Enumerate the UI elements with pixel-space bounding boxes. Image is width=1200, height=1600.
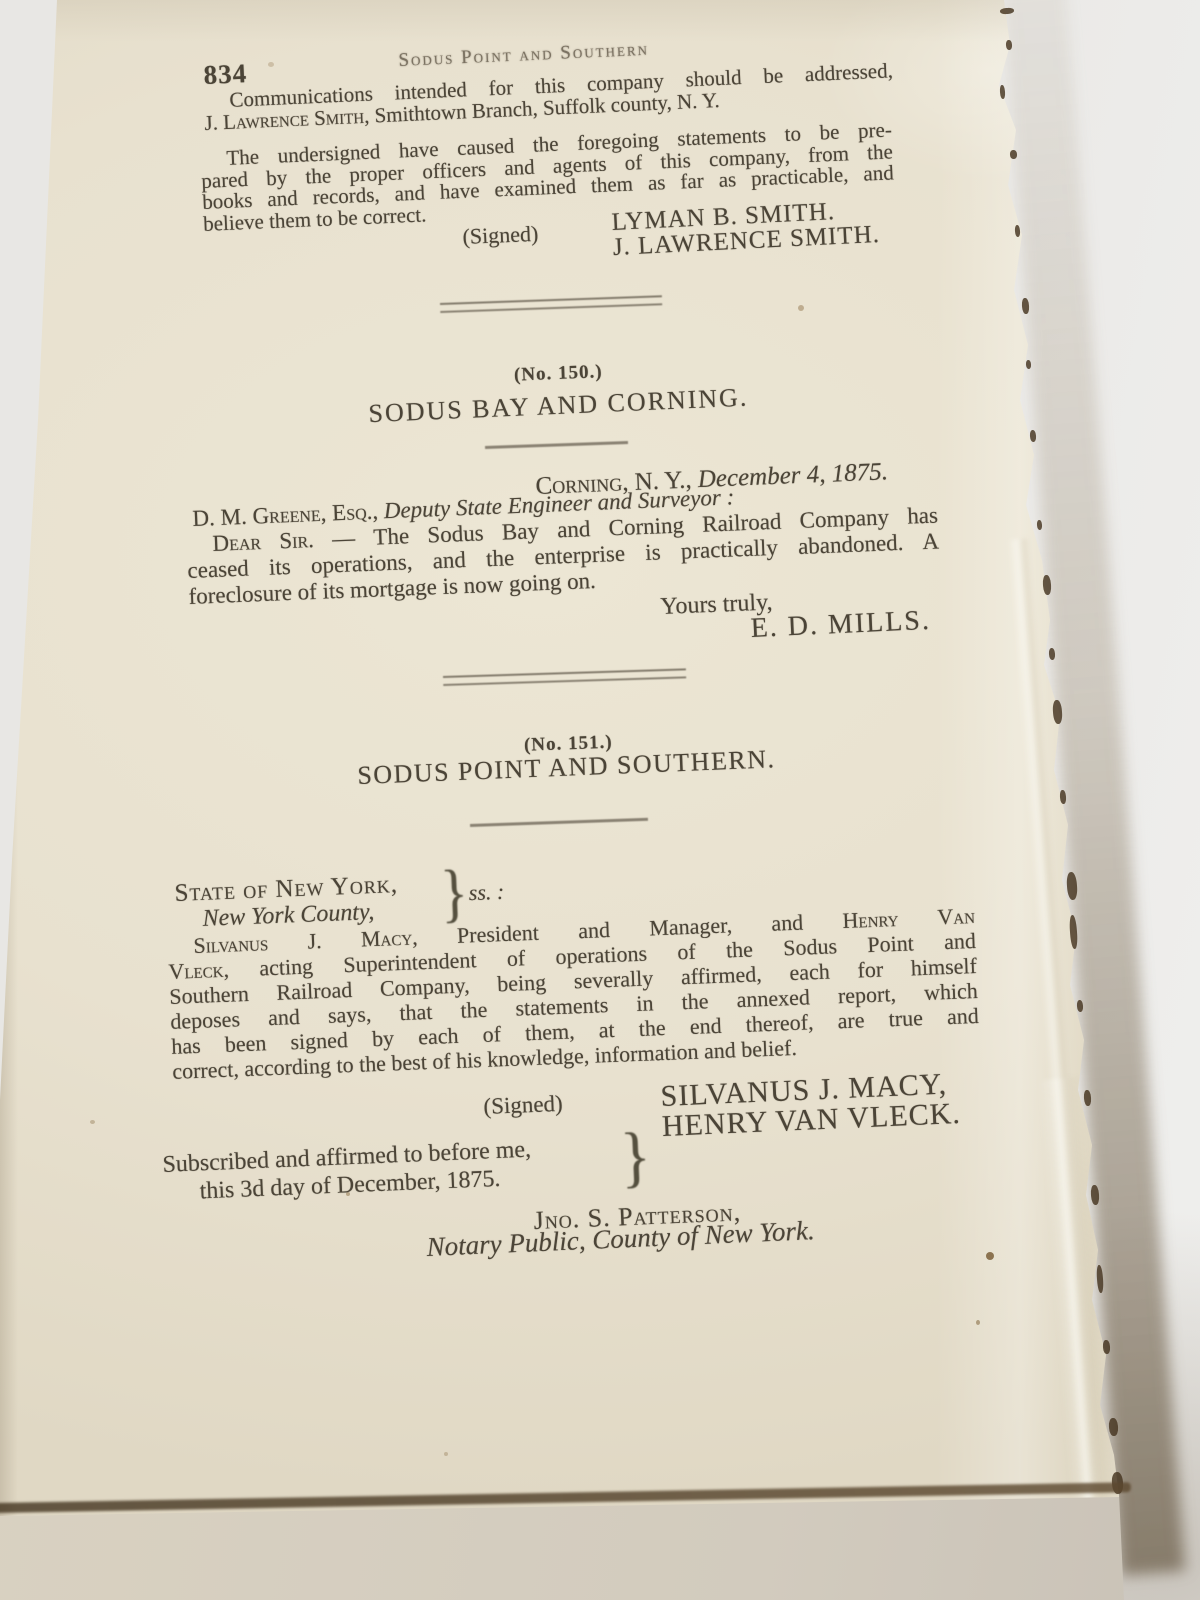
section-divider <box>443 668 686 686</box>
section-number: (No. 150.) <box>478 360 639 388</box>
book-page: 834 Sodus Point and Southern Communicati… <box>0 0 1200 1600</box>
torn-edge-speck <box>1006 40 1013 50</box>
signed-label: (Signed) <box>462 221 539 250</box>
jurat-brace: } <box>619 1118 652 1197</box>
photo-background: 834 Sodus Point and Southern Communicati… <box>0 0 1200 1600</box>
torn-edge-speck <box>1077 1000 1084 1012</box>
torn-edge-speck <box>1030 430 1037 442</box>
torn-edge-speck <box>1103 1340 1111 1354</box>
fox-spot <box>798 305 804 311</box>
torn-edge-speck <box>1037 520 1043 530</box>
fox-spot <box>976 1320 980 1325</box>
section-divider <box>440 295 662 313</box>
torn-edge-speck <box>1049 648 1056 660</box>
fox-spot <box>90 1120 95 1124</box>
fox-spot <box>444 1452 448 1456</box>
venue-brace: } <box>439 856 469 931</box>
signature: E. D. MILLS. <box>750 605 932 645</box>
torn-edge-speck <box>1026 360 1032 369</box>
section-rule <box>470 818 648 827</box>
section-rule <box>485 441 628 448</box>
fox-spot <box>986 1252 994 1260</box>
torn-edge-speck <box>1010 150 1018 159</box>
venue-ss: ss. : <box>468 879 504 906</box>
section-title: SODUS BAY AND CORNING. <box>348 382 769 430</box>
deponent-name: Vleck, <box>168 957 229 984</box>
torn-edge-speck <box>1000 85 1006 99</box>
signed-label: (Signed) <box>483 1091 563 1120</box>
